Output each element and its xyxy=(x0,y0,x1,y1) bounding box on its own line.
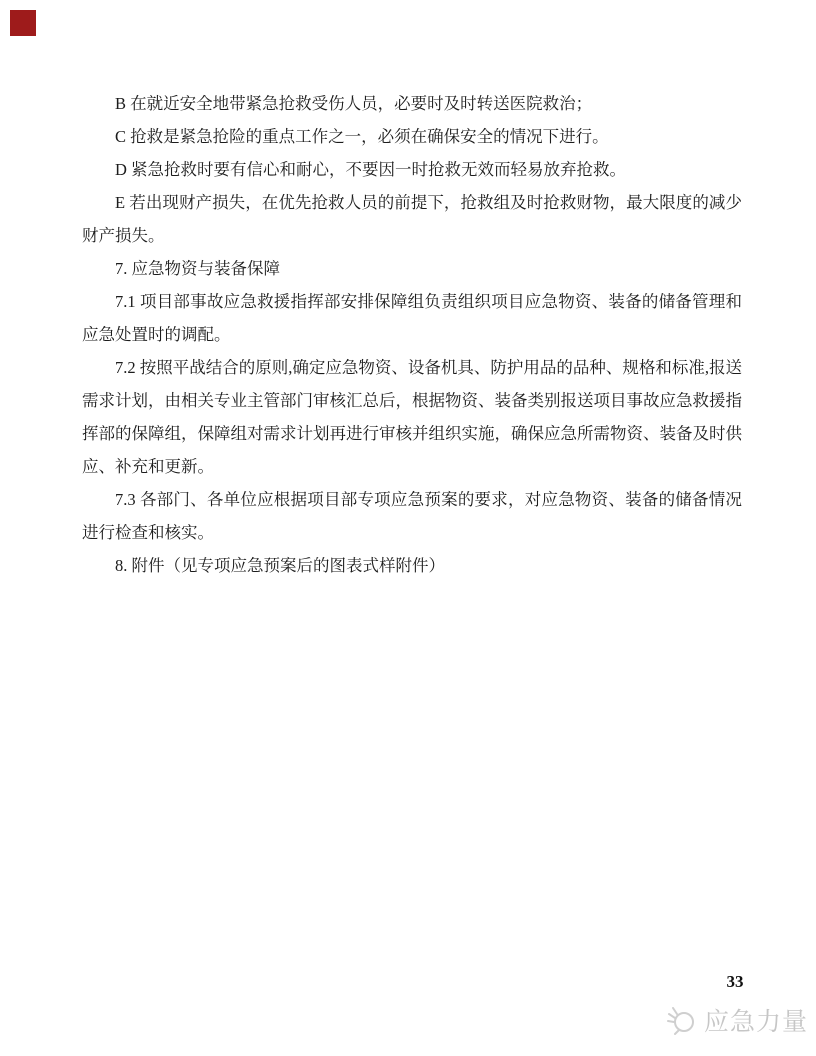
paragraph-item-d: D 紧急抢救时要有信心和耐心，不要因一时抢救无效而轻易放弃抢救。 xyxy=(82,153,742,186)
document-body: B 在就近安全地带紧急抢救受伤人员，必要时及时转送医院救治； C 抢救是紧急抢险… xyxy=(82,87,742,582)
document-page: B 在就近安全地带紧急抢救受伤人员，必要时及时转送医院救治； C 抢救是紧急抢险… xyxy=(0,0,816,1056)
red-square-marker xyxy=(10,10,36,36)
section-heading-7: 7. 应急物资与装备保障 xyxy=(82,252,742,285)
paragraph-7-3: 7.3 各部门、各单位应根据项目部专项应急预案的要求，对应急物资、装备的储备情况… xyxy=(82,483,742,549)
paragraph-7-2: 7.2 按照平战结合的原则,确定应急物资、设备机具、防护用品的品种、规格和标准,… xyxy=(82,351,742,483)
paragraph-item-e: E 若出现财产损失，在优先抢救人员的前提下，抢救组及时抢救财物，最大限度的减少财… xyxy=(82,186,742,252)
paragraph-7-1: 7.1 项目部事故应急救援指挥部安排保障组负责组织项目应急物资、装备的储备管理和… xyxy=(82,285,742,351)
watermark-label: 应急力量 xyxy=(704,1002,808,1038)
section-heading-8: 8. 附件（见专项应急预案后的图表式样附件） xyxy=(82,549,742,582)
megaphone-icon xyxy=(665,1005,699,1035)
paragraph-item-b: B 在就近安全地带紧急抢救受伤人员，必要时及时转送医院救治； xyxy=(82,87,742,120)
page-number: 33 xyxy=(700,972,770,992)
paragraph-item-c: C 抢救是紧急抢险的重点工作之一，必须在确保安全的情况下进行。 xyxy=(82,120,742,153)
watermark-logo: 应急力量 xyxy=(665,1002,808,1038)
